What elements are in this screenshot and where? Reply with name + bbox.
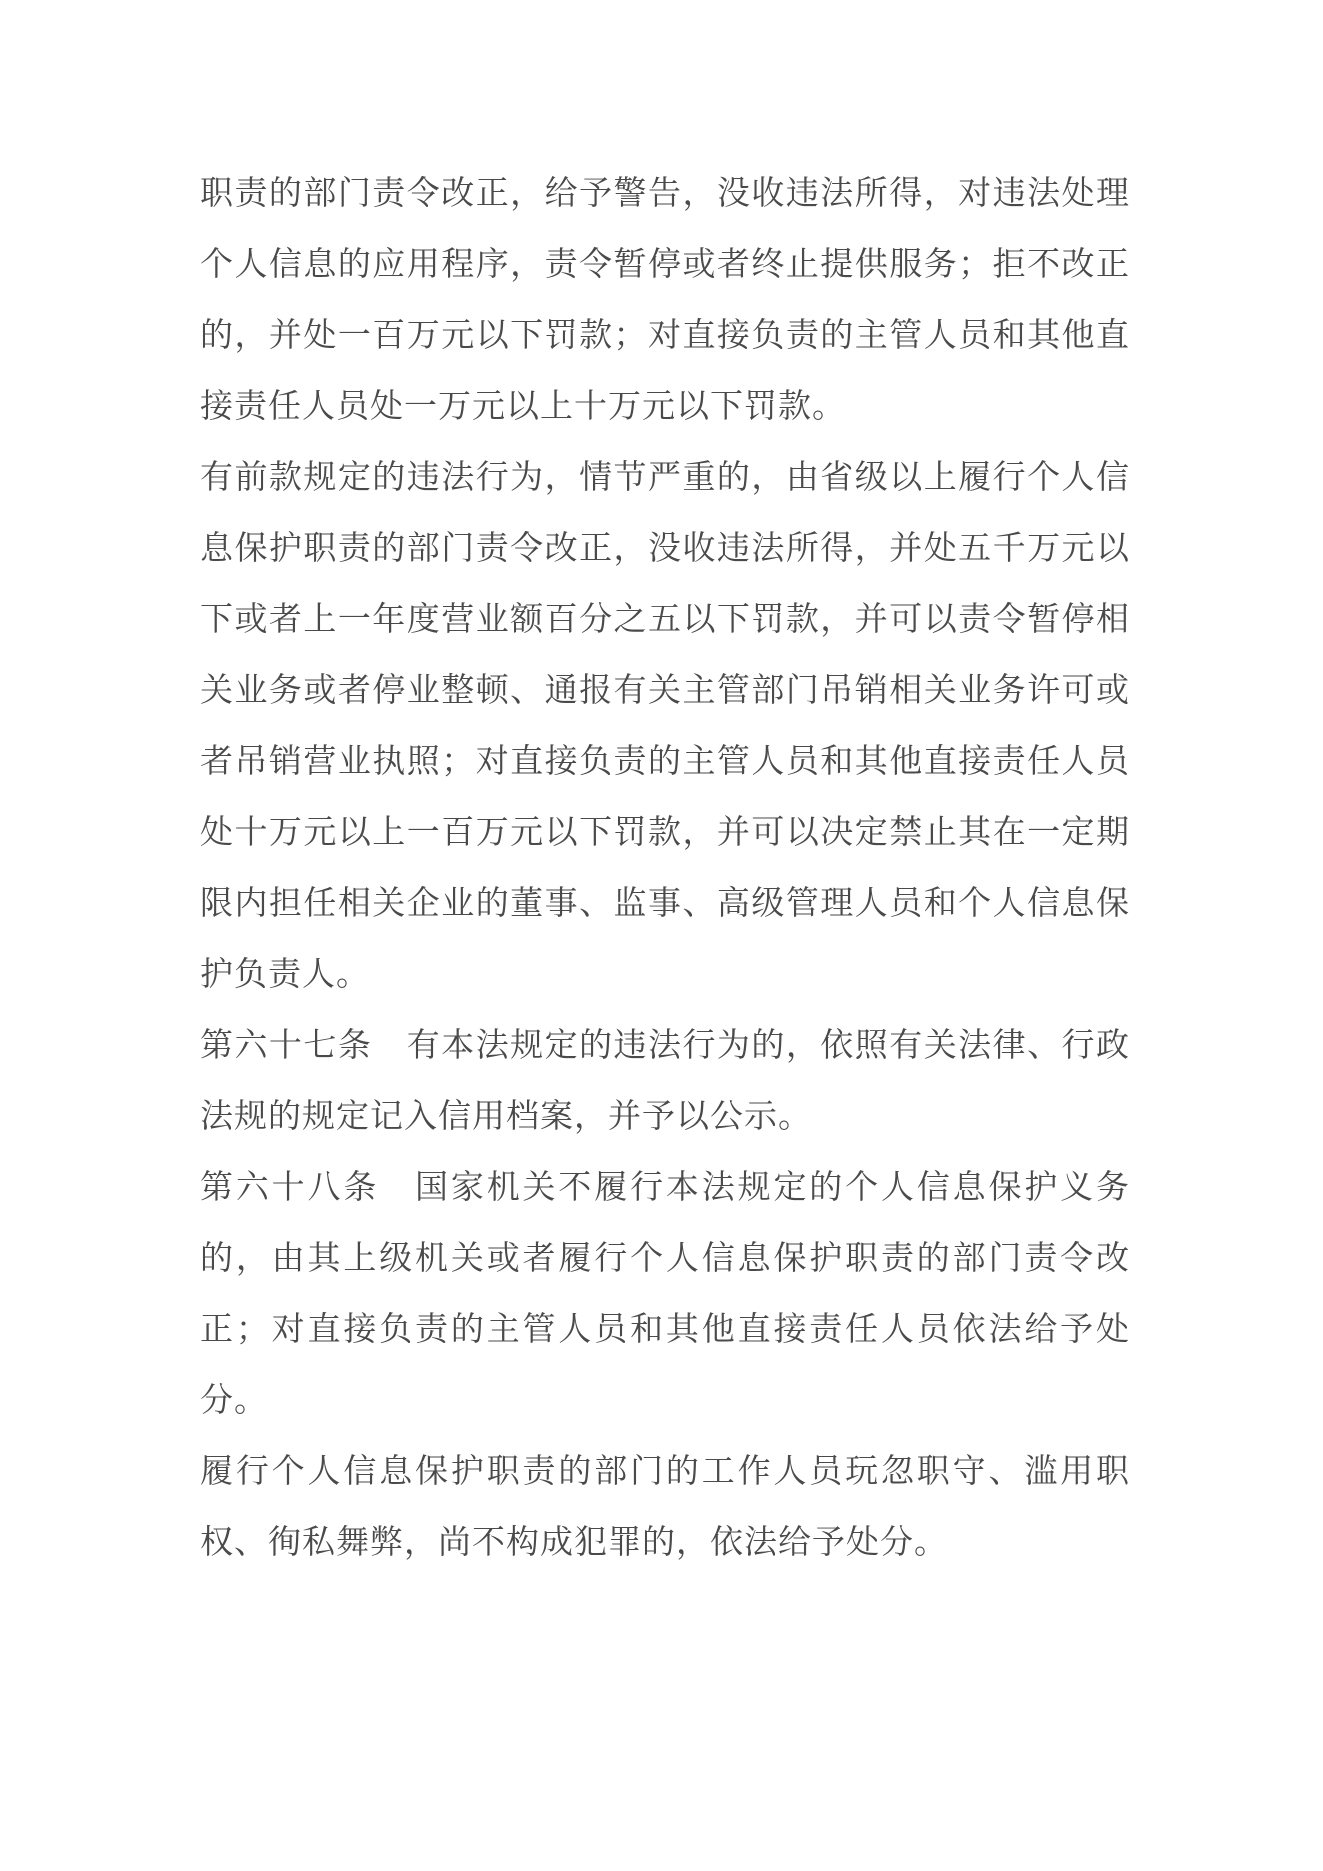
text-line: 的，由其上级机关或者履行个人信息保护职责的部门责令改 [200, 1224, 1130, 1295]
text-line: 权、徇私舞弊，尚不构成犯罪的，依法给予处分。 [200, 1508, 1130, 1579]
document-page: 职责的部门责令改正，给予警告，没收违法所得，对违法处理 个人信息的应用程序，责令… [0, 0, 1323, 1871]
text-line: 接责任人员处一万元以上十万元以下罚款。 [200, 372, 1130, 443]
text-line: 处十万元以上一百万元以下罚款，并可以决定禁止其在一定期 [200, 798, 1130, 869]
text-line: 正；对直接负责的主管人员和其他直接责任人员依法给予处 [200, 1295, 1130, 1366]
text-line: 职责的部门责令改正，给予警告，没收违法所得，对违法处理 [200, 159, 1130, 230]
text-line: 分。 [200, 1366, 1130, 1437]
text-line: 履行个人信息保护职责的部门的工作人员玩忽职守、滥用职 [200, 1437, 1130, 1508]
text-line: 下或者上一年度营业额百分之五以下罚款，并可以责令暂停相 [200, 585, 1130, 656]
text-line-article-67: 第六十七条 有本法规定的违法行为的，依照有关法律、行政 [200, 1011, 1130, 1082]
text-line: 限内担任相关企业的董事、监事、高级管理人员和个人信息保 [200, 869, 1130, 940]
document-text-block: 职责的部门责令改正，给予警告，没收违法所得，对违法处理 个人信息的应用程序，责令… [200, 159, 1130, 1579]
text-line: 个人信息的应用程序，责令暂停或者终止提供服务；拒不改正 [200, 230, 1130, 301]
text-line-article-68: 第六十八条 国家机关不履行本法规定的个人信息保护义务 [200, 1153, 1130, 1224]
text-line: 息保护职责的部门责令改正，没收违法所得，并处五千万元以 [200, 514, 1130, 585]
text-line: 的，并处一百万元以下罚款；对直接负责的主管人员和其他直 [200, 301, 1130, 372]
text-line: 关业务或者停业整顿、通报有关主管部门吊销相关业务许可或 [200, 656, 1130, 727]
text-line: 有前款规定的违法行为，情节严重的，由省级以上履行个人信 [200, 443, 1130, 514]
text-line: 护负责人。 [200, 940, 1130, 1011]
text-line: 法规的规定记入信用档案，并予以公示。 [200, 1082, 1130, 1153]
text-line: 者吊销营业执照；对直接负责的主管人员和其他直接责任人员 [200, 727, 1130, 798]
